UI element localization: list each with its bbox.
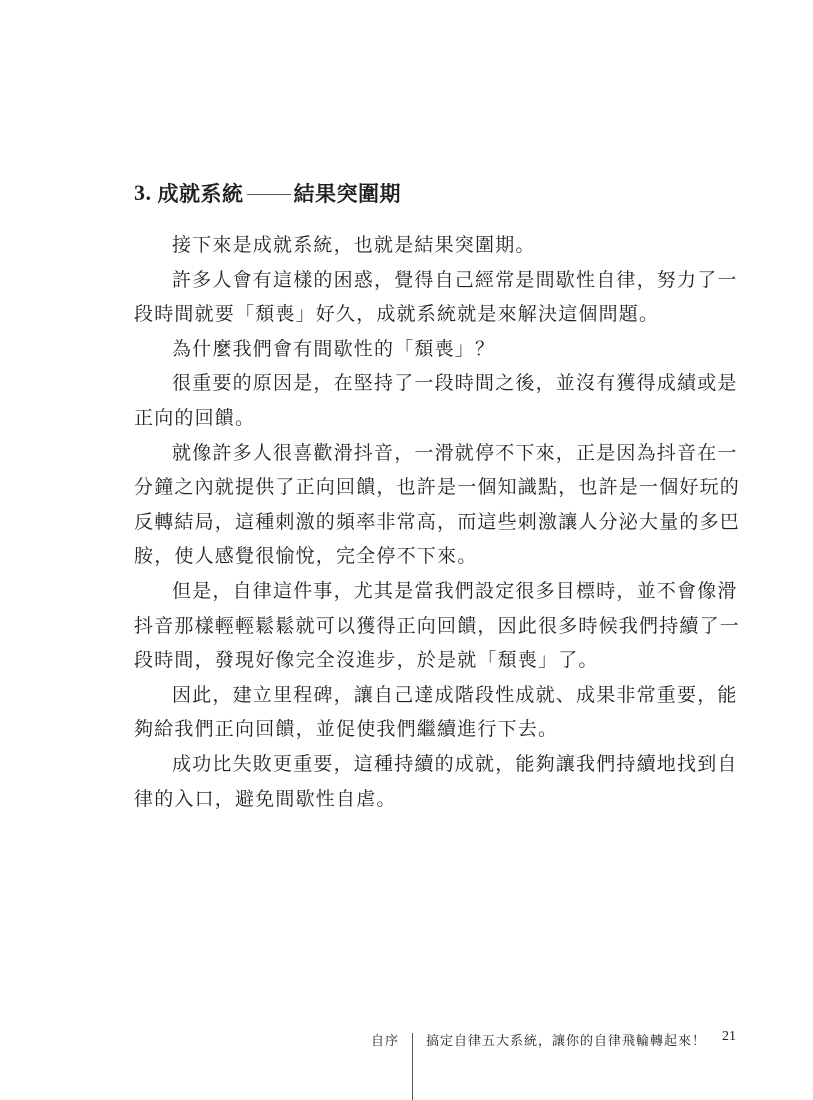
body-text: 接下來是成就系統，也就是結果突圍期。 許多人會有這樣的困惑，覺得自己經常是間歇性… (134, 228, 714, 816)
text-line: 很重要的原因是，在堅持了一段時間之後，並沒有獲得成績或是 (134, 366, 714, 401)
text-line: 許多人會有這樣的困惑，覺得自己經常是間歇性自律，努力了一 (134, 263, 714, 298)
footer-divider (412, 1033, 413, 1100)
text-line: 分鐘之內就提供了正向回饋，也許是一個知識點，也許是一個好玩的 (134, 470, 714, 505)
text-line: 夠給我們正向回饋，並促使我們繼續進行下去。 (134, 712, 714, 747)
text-line: 段時間，發現好像完全沒進步，於是就「頹喪」了。 (134, 643, 714, 678)
book-page: 3. 成就系統 結果突圍期 接下來是成就系統，也就是結果突圍期。 許多人會有這樣… (0, 0, 813, 1100)
text-line: 抖音那樣輕輕鬆鬆就可以獲得正向回饋，因此很多時候我們持續了一 (134, 609, 714, 644)
text-line: 但是，自律這件事，尤其是當我們設定很多目標時，並不會像滑 (134, 574, 714, 609)
section-title-part2: 結果突圍期 (294, 178, 402, 208)
text-line: 成功比失敗更重要，這種持續的成就，能夠讓我們持續地找到自 (134, 747, 714, 782)
section-heading: 3. 成就系統 結果突圍期 (134, 178, 401, 208)
section-number: 3. (134, 180, 152, 206)
section-title-part1: 成就系統 (158, 178, 244, 208)
footer-chapter-title: 搞定自律五大系統，讓你的自律飛輪轉起來！ (426, 1030, 706, 1049)
text-line: 因此，建立里程碑，讓自己達成階段性成就、成果非常重要，能 (134, 678, 714, 713)
text-line: 段時間就要「頹喪」好久，成就系統就是來解決這個問題。 (134, 297, 714, 332)
text-line: 就像許多人很喜歡滑抖音，一滑就停不下來，正是因為抖音在一 (134, 436, 714, 471)
text-line: 接下來是成就系統，也就是結果突圍期。 (134, 228, 714, 263)
text-line: 為什麼我們會有間歇性的「頹喪」？ (134, 332, 714, 367)
em-dash-rule (247, 194, 291, 195)
page-number: 21 (722, 1029, 736, 1045)
text-line: 反轉結局，這種刺激的頻率非常高，而這些刺激讓人分泌大量的多巴 (134, 505, 714, 540)
text-line: 正向的回饋。 (134, 401, 714, 436)
text-line: 律的入口，避免間歇性自虐。 (134, 782, 714, 817)
footer-section-label: 自序 (371, 1030, 399, 1049)
text-line: 胺，使人感覺很愉悅，完全停不下來。 (134, 539, 714, 574)
